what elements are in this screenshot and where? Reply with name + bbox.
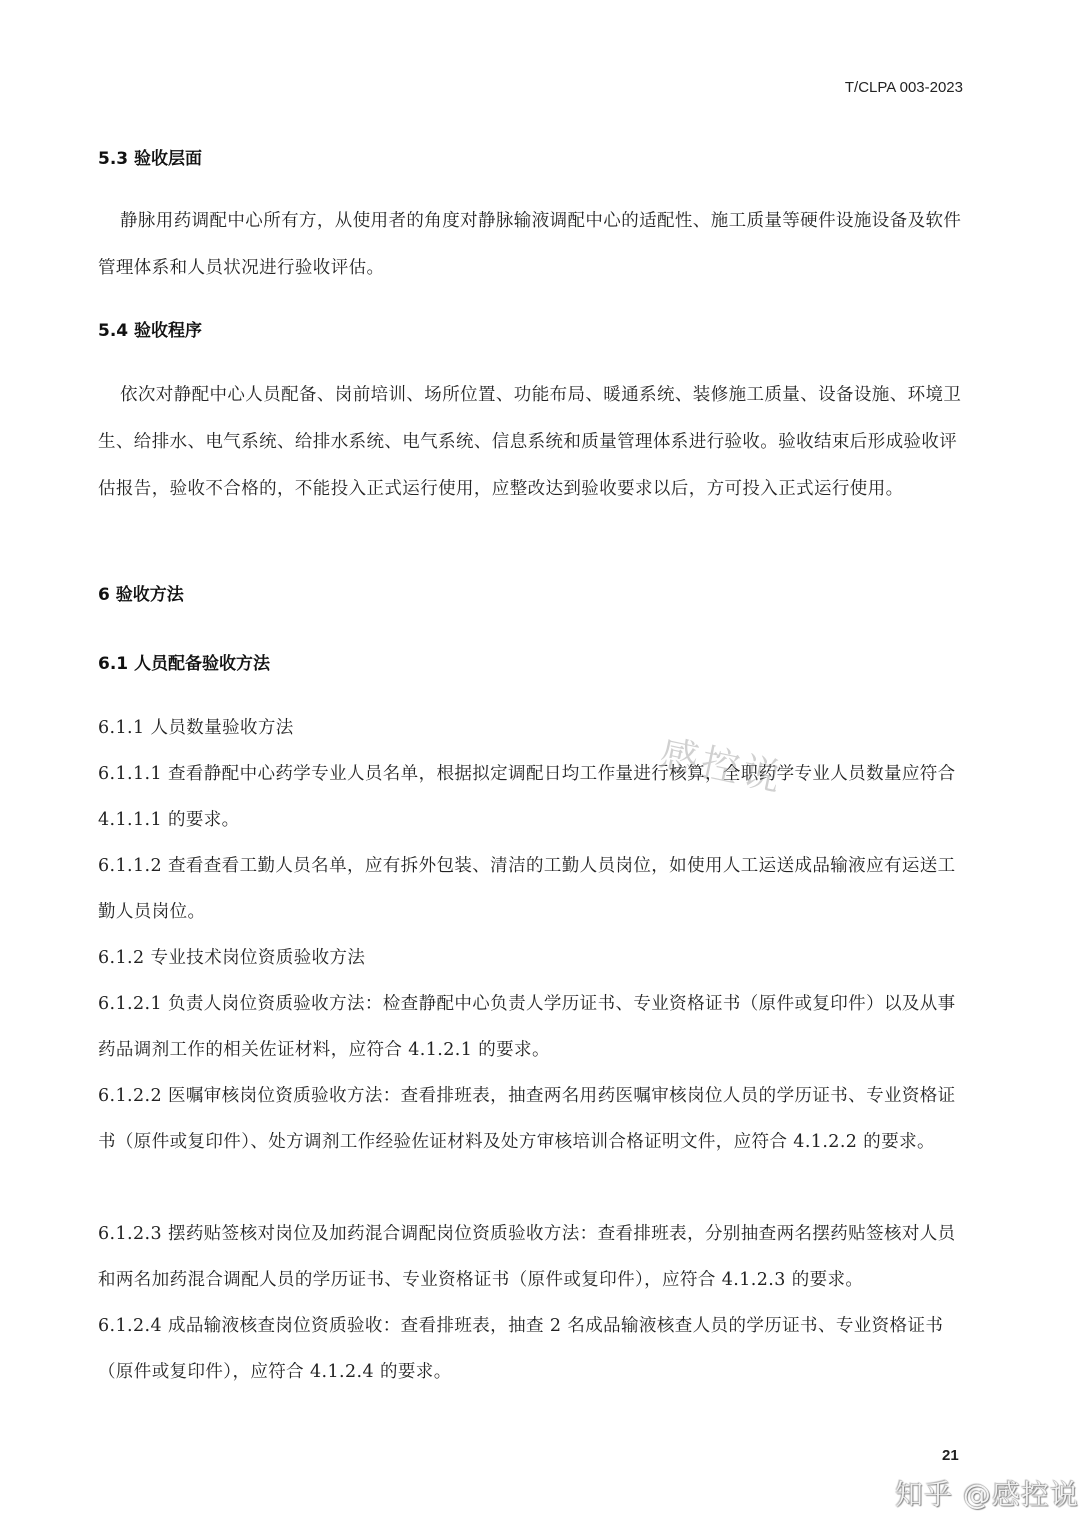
clause-6-1-2-4: 6.1.2.4 成品输液核查岗位资质验收：查看排班表，抽查 2 名成品输液核查人… [98, 1303, 966, 1395]
heading-5-3: 5.3 验收层面 [98, 144, 202, 169]
watermark-zhihu: 知乎 @感控说 [895, 1473, 1079, 1513]
heading-6-1: 6.1 人员配备验收方法 [98, 649, 270, 674]
paragraph-5-4: 依次对静配中心人员配备、岗前培训、场所位置、功能布局、暖通系统、装修施工质量、设… [98, 372, 966, 513]
standard-code: T/CLPA 003-2023 [845, 79, 963, 96]
subheading-6-1-2: 6.1.2 专业技术岗位资质验收方法 [98, 935, 966, 981]
clause-6-1-1-1: 6.1.1.1 查看静配中心药学专业人员名单，根据拟定调配日均工作量进行核算，全… [98, 751, 966, 843]
clause-6-1-2-2: 6.1.2.2 医嘱审核岗位资质验收方法：查看排班表，抽查两名用药医嘱审核岗位人… [98, 1073, 966, 1165]
heading-6: 6 验收方法 [98, 580, 184, 605]
clause-6-1-2-1: 6.1.2.1 负责人岗位资质验收方法：检查静配中心负责人学历证书、专业资格证书… [98, 981, 966, 1073]
heading-5-4: 5.4 验收程序 [98, 316, 202, 341]
paragraph-5-3: 静脉用药调配中心所有方，从使用者的角度对静脉输液调配中心的适配性、施工质量等硬件… [98, 198, 966, 292]
clause-6-1-1-2: 6.1.1.2 查看查看工勤人员名单，应有拆外包装、清洁的工勤人员岗位，如使用人… [98, 843, 966, 935]
page-number: 21 [942, 1447, 959, 1464]
subheading-6-1-1: 6.1.1 人员数量验收方法 [98, 705, 966, 751]
clause-6-1-2-3: 6.1.2.3 摆药贴签核对岗位及加药混合调配岗位资质验收方法：查看排班表，分别… [98, 1211, 966, 1303]
